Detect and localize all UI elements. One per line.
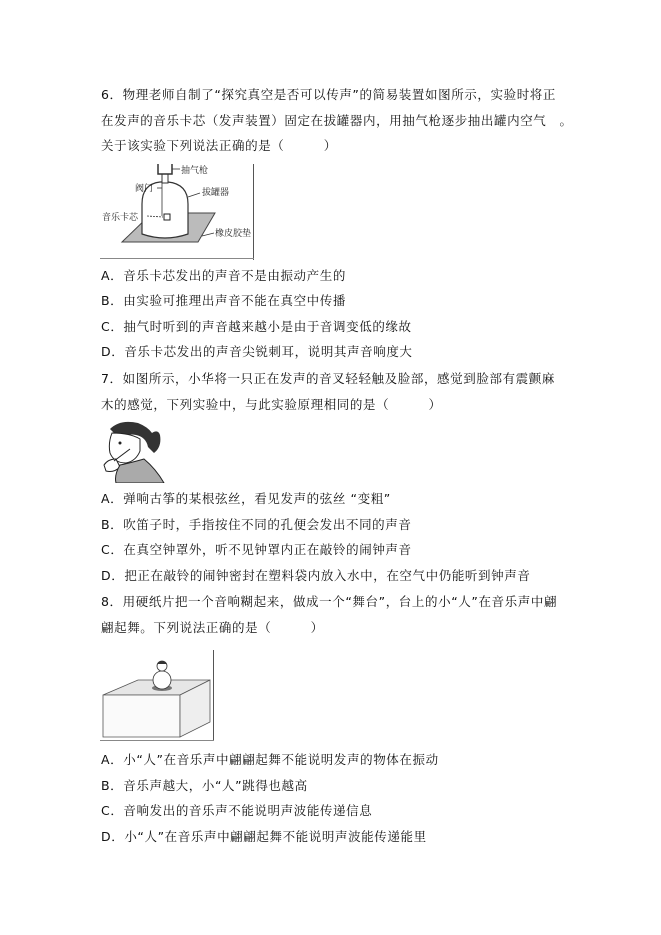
q7-stem-line-1: 7．如图所示，小华将一只正在发声的音叉轻轻触及脸部，感觉到脸部有震颤麻 [101,371,555,387]
girl-tuning-fork-figure [100,419,166,483]
q6-option-d[interactable]: D．音乐卡芯发出的声音尖锐刺耳，说明其声音响度大 [101,344,413,360]
q6-option-c[interactable]: C．抽气时听到的声音越来越小是由于音调变低的缘故 [101,319,412,335]
q7-option-c[interactable]: C．在真空钟罩外，听不见钟罩内正在敲铃的闹钟声音 [101,542,412,558]
q7-option-d[interactable]: D．把正在敲铃的闹钟密封在塑料袋内放入水中，在空气中仍能听到钟声音 [101,568,530,584]
label-valve: 阀门 [135,182,153,194]
vacuum-jar-figure: 抽气枪 阀门 拔罐器 音乐卡芯 橡皮胶垫 [100,164,252,258]
q6-option-a[interactable]: A．音乐卡芯发出的声音不是由振动产生的 [101,268,346,284]
q6-stem-line-1: 6．物理老师自制了“探究真空是否可以传声”的简易装置如图所示，实验时将正 [101,87,556,103]
q8-option-a[interactable]: A．小“人”在音乐声中翩翩起舞不能说明发声的物体在振动 [101,752,439,768]
q7-option-b[interactable]: B．吹笛子时，手指按住不同的孔便会发出不同的声音 [101,517,411,533]
q8-stem-line-1: 8．用硬纸片把一个音响糊起来，做成一个“舞台”，台上的小“人”在音乐声中翩 [101,594,557,610]
q7-stem-line-2: 木的感觉，下列实验中，与此实验原理相同的是（ ） [101,397,442,413]
label-music-chip: 音乐卡芯 [102,211,139,223]
label-pump: 抽气枪 [181,164,208,176]
label-jar: 拔罐器 [202,186,229,198]
q8-option-c[interactable]: C．音响发出的音乐声不能说明声波能传递信息 [101,803,372,819]
q6-stem-line-2: 在发声的音乐卡芯（发声装置）固定在拔罐器内，用抽气枪逐步抽出罐内空气 。 [101,113,573,129]
q7-option-a[interactable]: A．弹响古筝的某根弦丝，看见发声的弦丝 “变粗” [101,491,391,507]
q6-stem-line-3: 关于该实验下列说法正确的是（ ） [101,138,337,154]
figure-border [100,740,214,741]
figure-border [253,164,254,260]
label-rubber-pad: 橡皮胶垫 [215,227,251,239]
speaker-stage-figure [100,650,214,740]
q8-option-d[interactable]: D．小“人”在音乐声中翩翩起舞不能说明声波能传递能里 [101,829,427,845]
figure-border [213,650,214,741]
q8-option-b[interactable]: B．音乐声越大，小“人”跳得也越高 [101,778,308,794]
q6-option-b[interactable]: B．由实验可推理出声音不能在真空中传播 [101,293,346,309]
figure-border [100,258,254,259]
q8-stem-line-2: 翩起舞。下列说法正确的是（ ） [101,620,324,636]
